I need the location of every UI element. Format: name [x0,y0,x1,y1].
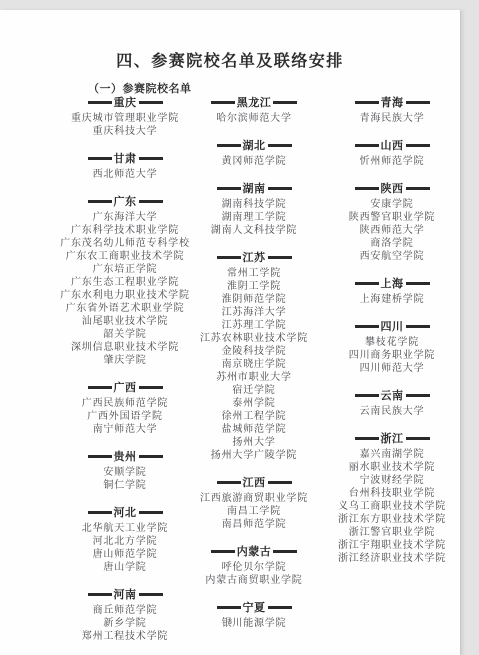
school-name: 南京晓庄学院 [180,358,328,371]
province-header: 云南 [312,387,472,403]
school-name: 呼伦贝尔学院 [180,561,328,574]
school-name: 浙江宇翔职业技术学院 [312,539,472,552]
province-header: 浙江 [312,430,472,446]
school-name: 江苏农林职业技术学院 [180,332,328,345]
province-section: 江苏常州工学院淮阴工学院淮阴师范学院江苏海洋大学江苏理工学院江苏农林职业技术学院… [180,249,328,462]
school-list-column-3: 青海青海民族大学山西忻州师范学院陕西安康学院陕西警官职业学院陕西师范大学商洛学院… [312,94,472,577]
school-name: 常州工学院 [180,267,328,280]
school-name: 忻州师范学院 [312,155,472,168]
school-name: 江西旅游商贸职业学院 [180,492,328,505]
province-header: 江苏 [180,249,328,265]
page-title: 四、参赛院校名单及联络安排 [0,48,460,71]
province-section: 青海青海民族大学 [312,94,472,125]
school-name: 四川师范大学 [312,362,472,375]
school-name: 湖南科技学院 [180,198,328,211]
school-name: 上海建桥学院 [312,293,472,306]
school-name: 四川商务职业学院 [312,349,472,362]
school-name: 南昌师范学院 [180,518,328,531]
school-name: 江苏海洋大学 [180,306,328,319]
province-header: 黑龙江 [180,94,328,110]
province-section: 浙江嘉兴南湖学院丽水职业技术学院宁波财经学院台州科技职业学院义乌工商职业技术学院… [312,430,472,565]
province-header: 湖北 [180,137,328,153]
school-name: 徐州工程学院 [180,410,328,423]
province-header: 青海 [312,94,472,110]
province-header: 江西 [180,474,328,490]
province-section: 江西江西旅游商贸职业学院南昌工学院南昌师范学院 [180,474,328,531]
school-name: 安康学院 [312,198,472,211]
school-name: 苏州市职业大学 [180,371,328,384]
school-name: 台州科技职业学院 [312,487,472,500]
school-name: 丽水职业技术学院 [312,461,472,474]
school-name: 淮阴工学院 [180,280,328,293]
school-name: 攀枝花学院 [312,336,472,349]
school-name: 内蒙古商贸职业学院 [180,574,328,587]
province-section: 山西忻州师范学院 [312,137,472,168]
province-section: 黑龙江哈尔滨师范大学 [180,94,328,125]
province-section: 云南云南民族大学 [312,387,472,418]
province-section: 内蒙古呼伦贝尔学院内蒙古商贸职业学院 [180,543,328,587]
school-name: 泰州学院 [180,397,328,410]
province-section: 陕西安康学院陕西警官职业学院陕西师范大学商洛学院西安航空学院 [312,180,472,263]
province-header: 山西 [312,137,472,153]
school-name: 南昌工学院 [180,505,328,518]
province-header: 陕西 [312,180,472,196]
school-name: 扬州大学 [180,436,328,449]
page-number: 8 [0,617,460,626]
school-name: 湖南理工学院 [180,211,328,224]
province-section: 四川攀枝花学院四川商务职业学院四川师范大学 [312,318,472,375]
school-name: 青海民族大学 [312,112,472,125]
school-name: 陕西警官职业学院 [312,211,472,224]
school-name: 浙江警官职业学院 [312,526,472,539]
school-name: 西安航空学院 [312,250,472,263]
school-name: 淮阴师范学院 [180,293,328,306]
school-name: 江苏理工学院 [180,319,328,332]
document-page: 四、参赛院校名单及联络安排 （一）参赛院校名单 重庆重庆城市管理职业学院重庆科技… [0,10,461,655]
province-header: 内蒙古 [180,543,328,559]
province-header: 湖南 [180,180,328,196]
school-name: 盐城师范学院 [180,423,328,436]
province-header: 上海 [312,275,472,291]
school-name: 陕西师范大学 [312,224,472,237]
province-section: 上海上海建桥学院 [312,275,472,306]
school-name: 嘉兴南湖学院 [312,448,472,461]
school-name: 黄冈师范学院 [180,155,328,168]
school-name: 浙江经济职业技术学院 [312,552,472,565]
school-name: 宿迁学院 [180,384,328,397]
school-name: 浙江东方职业技术学院 [312,513,472,526]
school-name: 哈尔滨师范大学 [180,112,328,125]
province-section: 湖南湖南科技学院湖南理工学院湖南人文科技学院 [180,180,328,237]
school-name: 宁波财经学院 [312,474,472,487]
school-name: 湖南人文科技学院 [180,224,328,237]
school-name: 扬州大学广陵学院 [180,449,328,462]
school-list-column-2: 黑龙江哈尔滨师范大学湖北黄冈师范学院湖南湖南科技学院湖南理工学院湖南人文科技学院… [180,94,328,642]
school-name: 金陵科技学院 [180,345,328,358]
province-header: 四川 [312,318,472,334]
school-name: 义乌工商职业技术学院 [312,500,472,513]
school-name: 商洛学院 [312,237,472,250]
province-header: 宁夏 [180,599,328,615]
school-name: 云南民族大学 [312,405,472,418]
province-section: 湖北黄冈师范学院 [180,137,328,168]
